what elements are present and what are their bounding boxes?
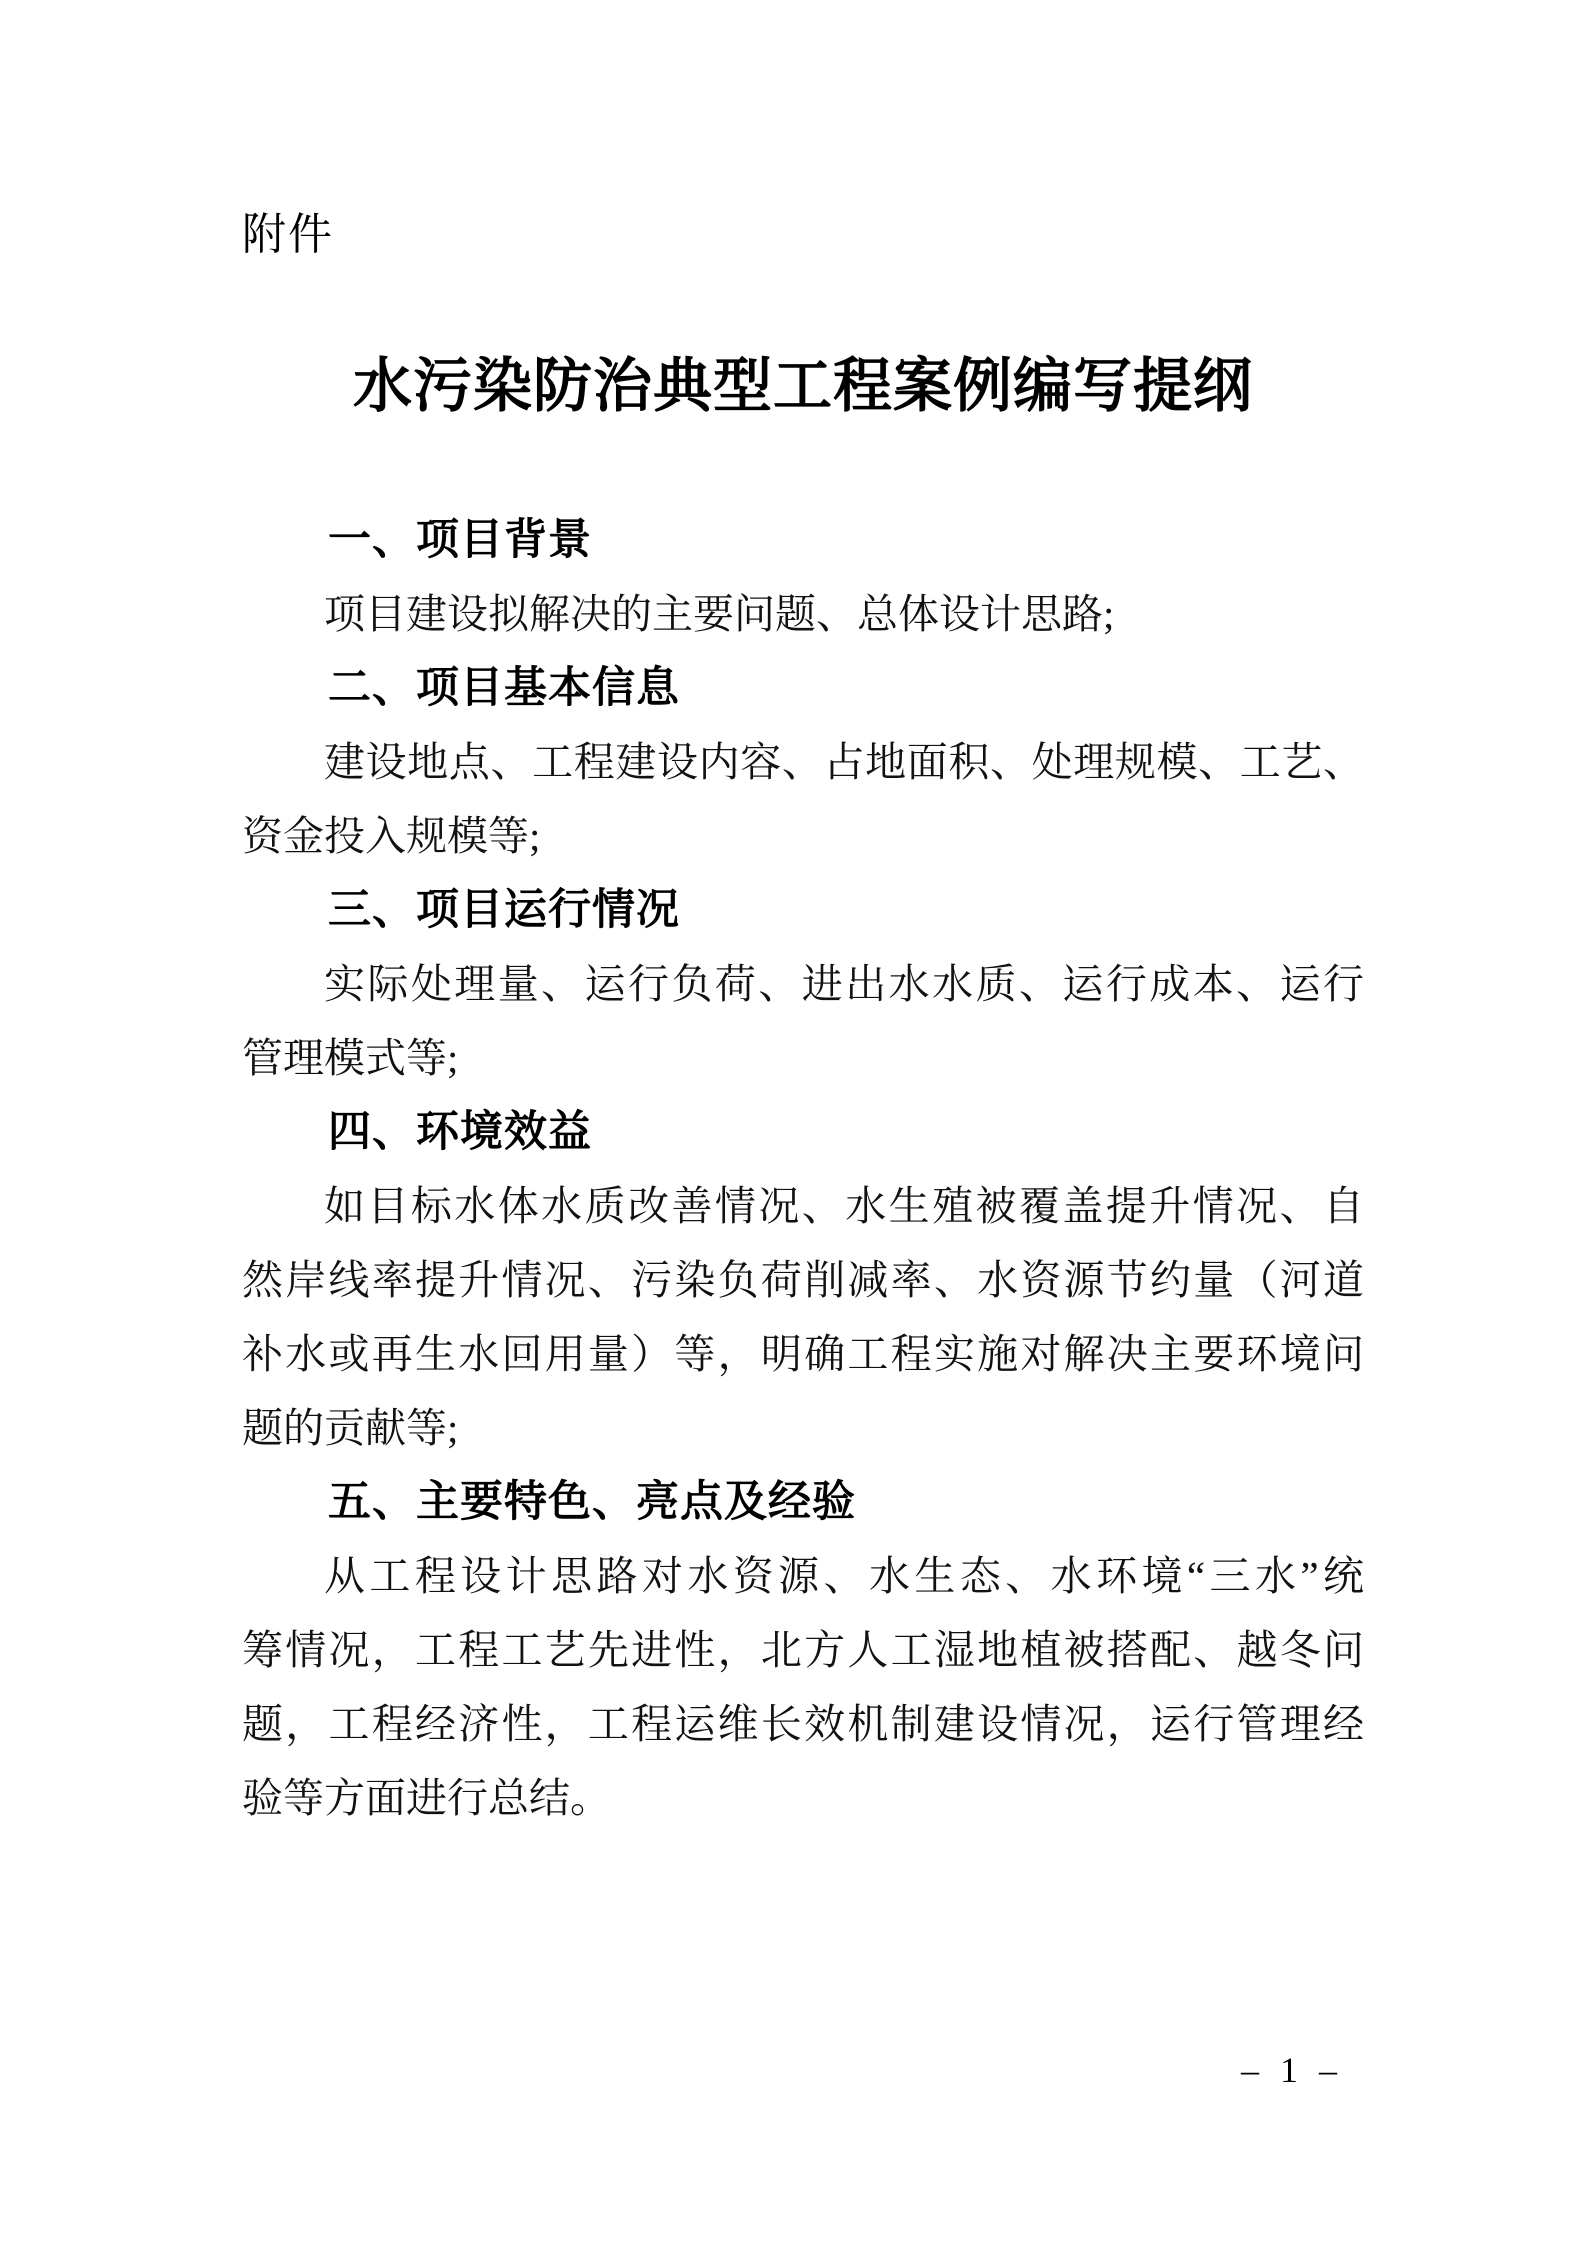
- body-line: 项目建设拟解决的主要问题、总体设计思路;: [242, 577, 1364, 651]
- body-line: 然岸线率提升情况、污染负荷削减率、水资源节约量（河道: [242, 1243, 1364, 1317]
- body-line: 建设地点、工程建设内容、占地面积、处理规模、工艺、: [242, 725, 1364, 799]
- body-line: 如目标水体水质改善情况、水生殖被覆盖提升情况、自: [242, 1169, 1364, 1243]
- section-heading: 三、项目运行情况: [242, 873, 1364, 947]
- body-line: 管理模式等;: [242, 1021, 1364, 1095]
- page-number: – 1 –: [1241, 2050, 1343, 2090]
- body-line: 筹情况，工程工艺先进性，北方人工湿地植被搭配、越冬问: [242, 1613, 1364, 1687]
- body-line: 补水或再生水回用量）等，明确工程实施对解决主要环境问: [242, 1317, 1364, 1391]
- document-page: 附件 水污染防治典型工程案例编写提纲 一、项目背景项目建设拟解决的主要问题、总体…: [0, 0, 1587, 2245]
- body-line: 验等方面进行总结。: [242, 1761, 1364, 1835]
- body-line: 题，工程经济性，工程运维长效机制建设情况，运行管理经: [242, 1687, 1364, 1761]
- section-heading: 二、项目基本信息: [242, 651, 1364, 725]
- section-heading: 五、主要特色、亮点及经验: [242, 1465, 1364, 1539]
- section-heading: 四、环境效益: [242, 1095, 1364, 1169]
- body-line: 从工程设计思路对水资源、水生态、水环境“三水”统: [242, 1539, 1364, 1613]
- body-line: 资金投入规模等;: [242, 799, 1364, 873]
- document-title: 水污染防治典型工程案例编写提纲: [242, 344, 1364, 428]
- section-heading: 一、项目背景: [242, 503, 1364, 577]
- document-body: 一、项目背景项目建设拟解决的主要问题、总体设计思路;二、项目基本信息建设地点、工…: [242, 503, 1364, 1835]
- body-line: 实际处理量、运行负荷、进出水水质、运行成本、运行: [242, 947, 1364, 1021]
- body-line: 题的贡献等;: [242, 1391, 1364, 1465]
- attachment-label: 附件: [242, 198, 1364, 272]
